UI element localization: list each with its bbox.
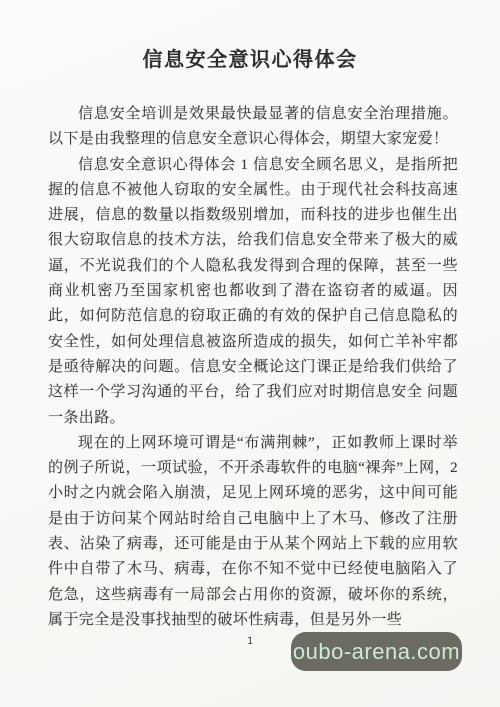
document-body: 信息安全培训是效果最快最显著的信息安全治理措施。以下是由我整理的信息安全意识心得…: [48, 102, 458, 633]
paragraph: 信息安全意识心得体会 1 信息安全顾名思义，是指所把握的信息不被他人窃取的安全属…: [48, 153, 458, 431]
document-title: 信息安全意识心得体会: [0, 0, 500, 72]
document-photo: 信息安全意识心得体会 信息安全培训是效果最快最显著的信息安全治理措施。以下是由我…: [0, 0, 500, 707]
document-page: 信息安全意识心得体会 信息安全培训是效果最快最显著的信息安全治理措施。以下是由我…: [0, 0, 500, 707]
watermark-text: oubo-arena.com: [293, 639, 460, 665]
paragraph: 现在的上网环境可谓是“布满荆棘”，正如教师上课时举的例子所说，一项试验，不开杀毒…: [48, 431, 458, 633]
watermark-badge: oubo-arena.com: [291, 632, 462, 671]
paragraph: 信息安全培训是效果最快最显著的信息安全治理措施。以下是由我整理的信息安全意识心得…: [48, 102, 458, 153]
